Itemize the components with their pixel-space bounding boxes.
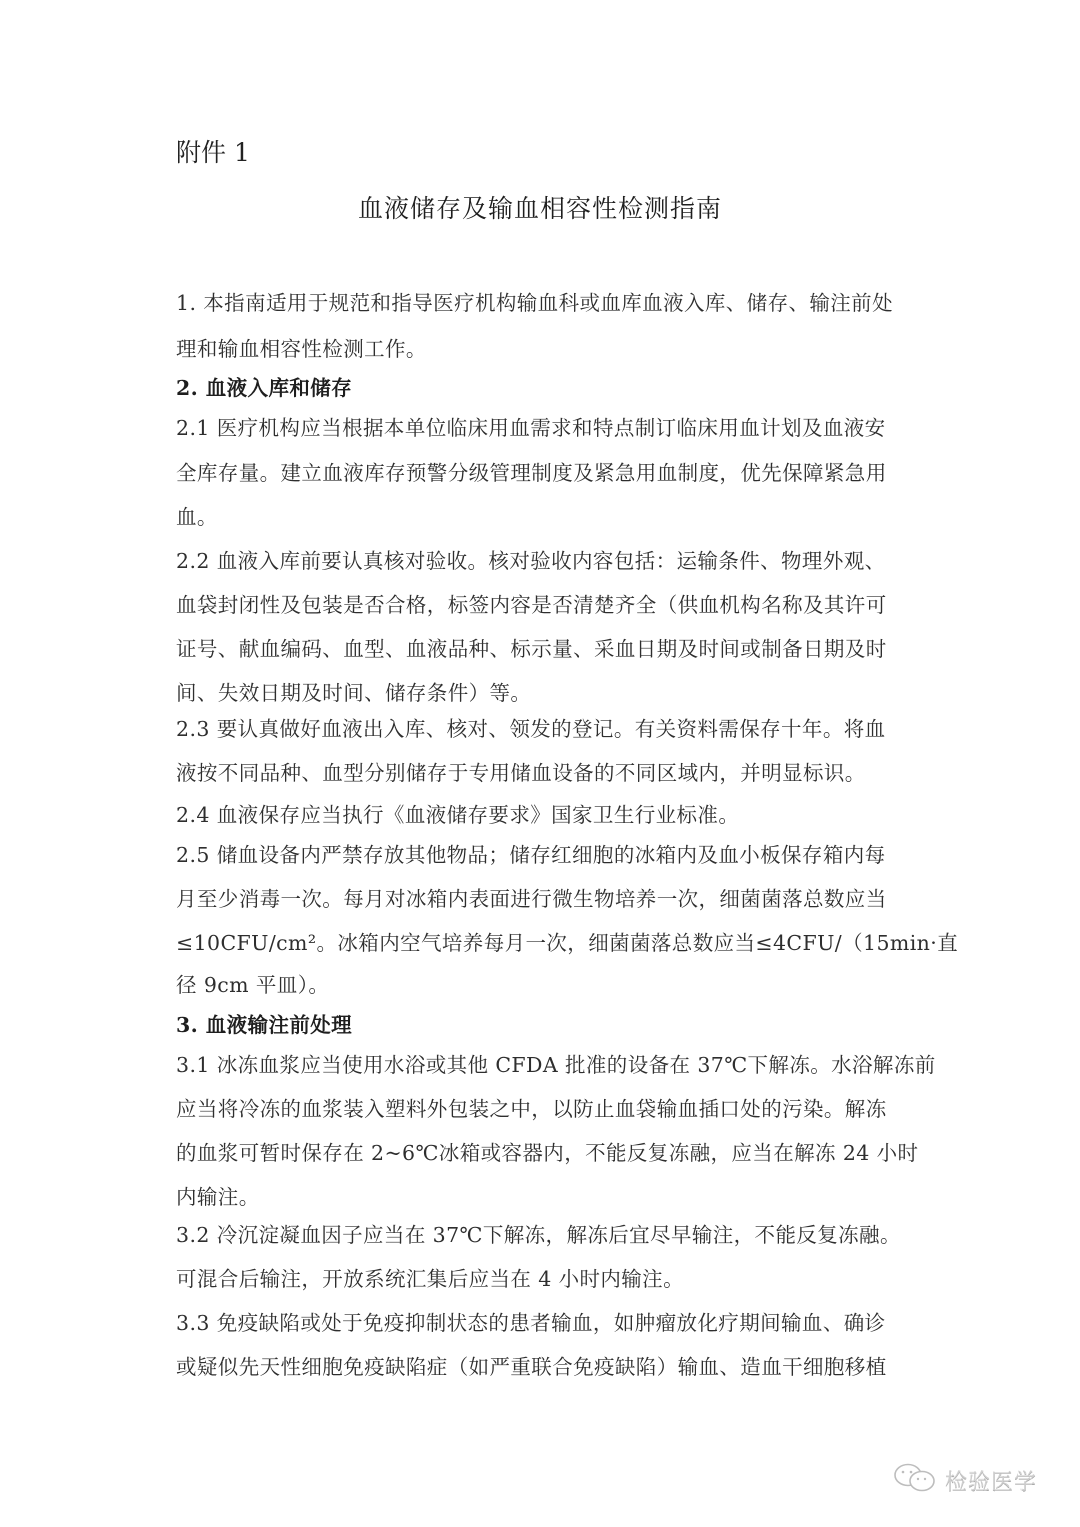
paragraph-line: 血。: [176, 500, 218, 530]
paragraph-line: 2.3 要认真做好血液出入库、核对、领发的登记。有关资料需保存十年。将血: [176, 712, 886, 742]
paragraph-line: 液按不同品种、血型分别储存于专用储血设备的不同区域内，并明显标识。: [176, 756, 866, 786]
paragraph-line: 可混合后输注，开放系统汇集后应当在 4 小时内输注。: [176, 1262, 684, 1292]
paragraph-line: 全库存量。建立血液库存预警分级管理制度及紧急用血制度，优先保障紧急用: [176, 456, 887, 486]
paragraph-line: 2.5 储血设备内严禁存放其他物品；储存红细胞的冰箱内及血小板保存箱内每: [176, 838, 886, 868]
watermark: 检验医学: [893, 1462, 1037, 1498]
paragraph-line: 3.2 冷沉淀凝血因子应当在 37℃下解冻，解冻后宜尽早输注，不能反复冻融。: [176, 1218, 901, 1248]
paragraph-line: ≤10CFU/cm²。冰箱内空气培养每月一次，细菌菌落总数应当≤4CFU/（15…: [176, 926, 958, 956]
document-page: 附件 1 血液储存及输血相容性检测指南 1. 本指南适用于规范和指导医疗机构输血…: [0, 0, 1080, 1527]
paragraph-line: 1. 本指南适用于规范和指导医疗机构输血科或血库血液入库、储存、输注前处: [176, 286, 893, 316]
section-heading: 3. 血液输注前处理: [176, 1008, 352, 1038]
paragraph-line: 或疑似先天性细胞免疫缺陷症（如严重联合免疫缺陷）输血、造血干细胞移植: [176, 1350, 887, 1380]
paragraph-line: 证号、献血编码、血型、血液品种、标示量、采血日期及时间或制备日期及时: [176, 632, 887, 662]
paragraph-line: 3.1 冰冻血浆应当使用水浴或其他 CFDA 批准的设备在 37℃下解冻。水浴解…: [176, 1048, 936, 1078]
paragraph-line: 月至少消毒一次。每月对冰箱内表面进行微生物培养一次，细菌菌落总数应当: [176, 882, 887, 912]
paragraph-line: 间、失效日期及时间、储存条件）等。: [176, 676, 531, 706]
paragraph-line: 应当将冷冻的血浆装入塑料外包装之中，以防止血袋输血插口处的污染。解冻: [176, 1092, 887, 1122]
attachment-label: 附件 1: [176, 133, 250, 169]
paragraph-line: 2.2 血液入库前要认真核对验收。核对验收内容包括：运输条件、物理外观、: [176, 544, 886, 574]
wechat-icon: [893, 1462, 937, 1498]
paragraph-line: 2.4 血液保存应当执行《血液储存要求》国家卫生行业标准。: [176, 798, 739, 828]
paragraph-line: 的血浆可暂时保存在 2~6℃冰箱或容器内，不能反复冻融，应当在解冻 24 小时: [176, 1136, 918, 1166]
paragraph-line: 3.3 免疫缺陷或处于免疫抑制状态的患者输血，如肿瘤放化疗期间输血、确诊: [176, 1306, 886, 1336]
document-title: 血液储存及输血相容性检测指南: [0, 189, 1080, 225]
paragraph-line: 血袋封闭性及包装是否合格，标签内容是否清楚齐全（供血机构名称及其许可: [176, 588, 887, 618]
paragraph-line: 2.1 医疗机构应当根据本单位临床用血需求和特点制订临床用血计划及血液安: [176, 411, 886, 441]
paragraph-line: 径 9cm 平皿）。: [176, 968, 329, 998]
paragraph-line: 理和输血相容性检测工作。: [176, 332, 427, 362]
watermark-text: 检验医学: [945, 1465, 1037, 1496]
section-heading: 2. 血液入库和储存: [176, 371, 352, 401]
paragraph-line: 内输注。: [176, 1180, 260, 1210]
